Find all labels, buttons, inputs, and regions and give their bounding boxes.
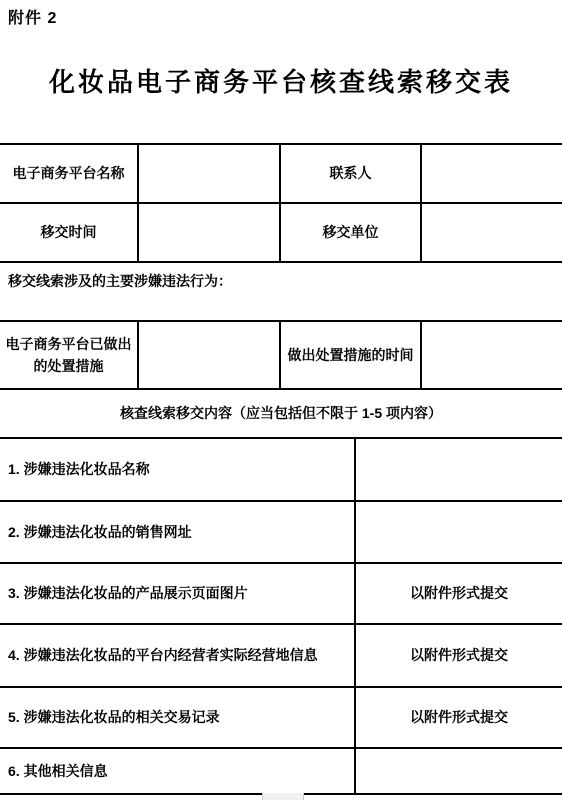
table-row: 1. 涉嫌违法化妆品名称 (0, 439, 562, 502)
table-row: 移交时间 移交单位 (0, 204, 562, 263)
page-number-marker (262, 793, 304, 800)
table-row: 3. 涉嫌违法化妆品的产品展示页面图片 以附件形式提交 (0, 564, 562, 625)
transfer-form-table: 电子商务平台名称 联系人 移交时间 移交单位 移交线索涉及的主要涉嫌违法行为： … (0, 143, 562, 795)
item-1-field[interactable] (356, 439, 562, 500)
attachment-label: 附件 2 (8, 5, 57, 28)
measures-taken-field[interactable] (139, 322, 281, 388)
table-row: 6. 其他相关信息 (0, 749, 562, 795)
transfer-time-field[interactable] (139, 204, 281, 261)
measures-time-label: 做出处置措施的时间 (281, 322, 422, 388)
page-title: 化妆品电子商务平台核查线索移交表 (0, 62, 562, 99)
section-header: 核查线索移交内容（应当包括但不限于 1-5 项内容） (0, 390, 562, 437)
table-row: 2. 涉嫌违法化妆品的销售网址 (0, 502, 562, 564)
table-row: 电子商务平台已做出的处置措施 做出处置措施的时间 (0, 322, 562, 390)
item-3-label: 3. 涉嫌违法化妆品的产品展示页面图片 (0, 564, 356, 623)
measures-taken-label: 电子商务平台已做出的处置措施 (0, 322, 139, 388)
transfer-unit-label: 移交单位 (281, 204, 422, 261)
illegal-behavior-field[interactable]: 移交线索涉及的主要涉嫌违法行为： (0, 263, 562, 320)
item-1-label: 1. 涉嫌违法化妆品名称 (0, 439, 356, 500)
item-3-value: 以附件形式提交 (356, 564, 562, 623)
contact-person-label: 联系人 (281, 145, 422, 202)
table-row: 移交线索涉及的主要涉嫌违法行为： (0, 263, 562, 322)
item-2-label: 2. 涉嫌违法化妆品的销售网址 (0, 502, 356, 562)
table-row: 核查线索移交内容（应当包括但不限于 1-5 项内容） (0, 390, 562, 439)
item-5-value: 以附件形式提交 (356, 688, 562, 747)
platform-name-label: 电子商务平台名称 (0, 145, 139, 202)
transfer-time-label: 移交时间 (0, 204, 139, 261)
document-page: 附件 2 化妆品电子商务平台核查线索移交表 电子商务平台名称 联系人 移交时间 … (0, 0, 562, 800)
platform-name-field[interactable] (139, 145, 281, 202)
table-row: 4. 涉嫌违法化妆品的平台内经营者实际经营地信息 以附件形式提交 (0, 625, 562, 688)
item-4-value: 以附件形式提交 (356, 625, 562, 686)
item-4-label: 4. 涉嫌违法化妆品的平台内经营者实际经营地信息 (0, 625, 356, 686)
item-5-label: 5. 涉嫌违法化妆品的相关交易记录 (0, 688, 356, 747)
item-6-label: 6. 其他相关信息 (0, 749, 356, 793)
table-row: 电子商务平台名称 联系人 (0, 145, 562, 204)
contact-person-field[interactable] (422, 145, 562, 202)
item-2-field[interactable] (356, 502, 562, 562)
table-row: 5. 涉嫌违法化妆品的相关交易记录 以附件形式提交 (0, 688, 562, 749)
measures-time-field[interactable] (422, 322, 562, 388)
transfer-unit-field[interactable] (422, 204, 562, 261)
item-6-field[interactable] (356, 749, 562, 793)
